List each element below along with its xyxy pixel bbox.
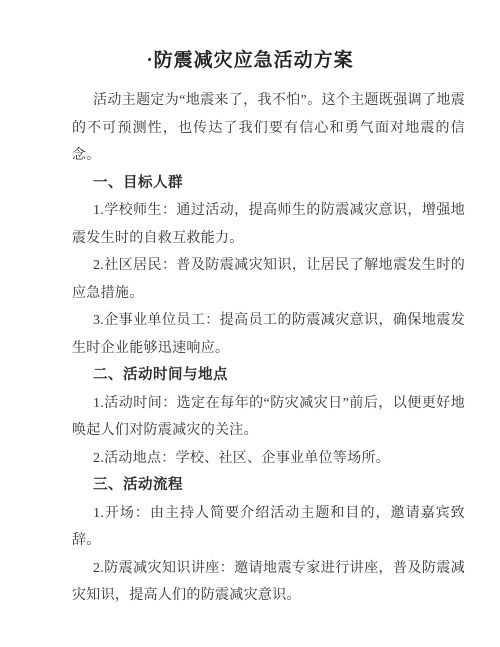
document-paragraph: 活动主题定为“地震来了，我不怕”。这个主题既强调了地震的不可预测性，也传达了我们… (72, 87, 465, 170)
document-body: 活动主题定为“地震来了，我不怕”。这个主题既强调了地震的不可预测性，也传达了我们… (72, 87, 465, 610)
document-page: ·防震减灾应急活动方案 活动主题定为“地震来了，我不怕”。这个主题既强调了地震的… (0, 0, 500, 647)
document-paragraph: 1.活动时间：选定在每年的“防灾减灾日”前后，以便更好地唤起人们对防震减灾的关注… (72, 390, 465, 445)
section-heading: 一、目标人群 (72, 170, 465, 198)
document-title: ·防震减灾应急活动方案 (0, 0, 500, 74)
section-heading: 二、活动时间与地点 (72, 362, 465, 390)
document-paragraph: 1.学校师生：通过活动，提高师生的防震减灾意识，增强地震发生时的自救互救能力。 (72, 197, 465, 252)
section-heading: 三、活动流程 (72, 472, 465, 500)
document-paragraph: 2.社区居民：普及防震减灾知识，让居民了解地震发生时的应急措施。 (72, 252, 465, 307)
document-paragraph: 2.活动地点：学校、社区、企事业单位等场所。 (72, 445, 465, 473)
document-paragraph: 3.企事业单位员工：提高员工的防震减灾意识，确保地震发生时企业能够迅速响应。 (72, 307, 465, 362)
document-paragraph: 1.开场：由主持人简要介绍活动主题和目的，邀请嘉宾致辞。 (72, 500, 465, 555)
document-paragraph: 2.防震减灾知识讲座：邀请地震专家进行讲座，普及防震减灾知识，提高人们的防震减灾… (72, 555, 465, 610)
